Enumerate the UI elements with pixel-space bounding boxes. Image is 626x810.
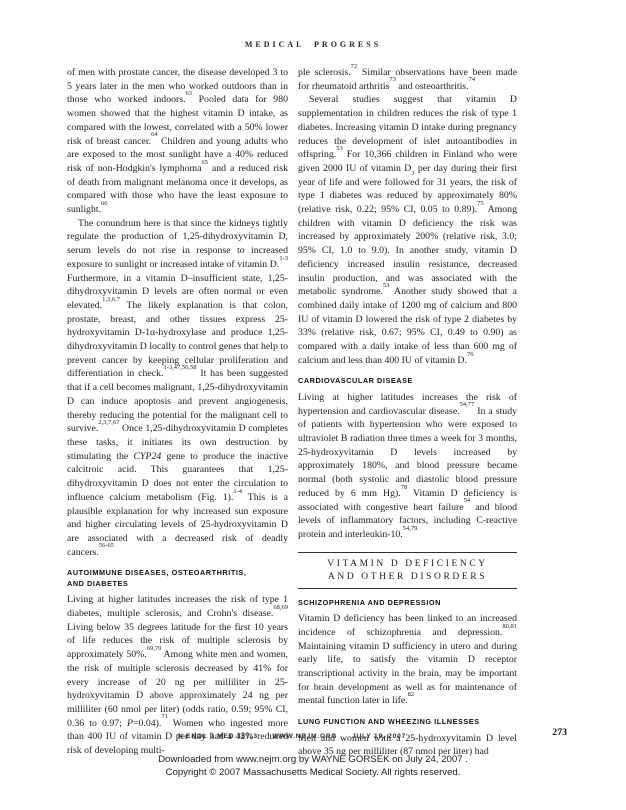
section-heading-line: AUTOIMMUNE DISEASES, OSTEOARTHRITIS, <box>67 568 288 579</box>
page-number: 273 <box>537 727 567 738</box>
reference-superscript: 78 <box>401 484 408 491</box>
body-paragraph: Vitamin D deficiency has been linked to … <box>298 612 517 708</box>
reference-superscript: 66 <box>101 200 108 207</box>
reference-superscript: 2,3,7,67 <box>98 419 119 426</box>
body-paragraph: The conundrum here is that since the kid… <box>67 217 288 560</box>
reference-superscript: 64 <box>151 131 158 138</box>
reference-superscript: 68,69 <box>273 604 288 611</box>
reference-superscript: 72 <box>351 63 358 70</box>
body-paragraph: Several studies suggest that vitamin D s… <box>298 93 517 367</box>
reference-superscript: 1-4 <box>233 488 242 495</box>
reference-superscript: 65 <box>201 159 208 166</box>
italic-term: CYP24 <box>134 451 162 462</box>
body-paragraph: ple sclerosis.72 Similar observations ha… <box>298 66 517 93</box>
reference-superscript: 53 <box>383 282 390 289</box>
reference-superscript: 54,79 <box>403 525 418 532</box>
section-heading-line: SCHIZOPHRENIA AND DEPRESSION <box>298 598 517 609</box>
footer-site: WWW.NEJM.ORG <box>272 733 337 740</box>
download-notice: Downloaded from www.nejm.org by WAYNE GO… <box>0 753 626 779</box>
reference-superscript: 76 <box>467 351 474 358</box>
reference-superscript: 56-65 <box>99 542 114 549</box>
section-heading: CARDIOVASCULAR DISEASE <box>298 376 517 387</box>
section-divider-banner: VITAMIN D DEFICIENCYAND OTHER DISORDERS <box>298 552 517 589</box>
reference-superscript: 54 <box>464 497 471 504</box>
reference-superscript: 80,81 <box>502 623 517 630</box>
section-heading-line: CARDIOVASCULAR DISEASE <box>298 376 517 387</box>
body-paragraph: of men with prostate cancer, the disease… <box>67 66 288 217</box>
footer-date: JULY 19, 2007 <box>352 733 406 740</box>
left-column: of men with prostate cancer, the disease… <box>67 66 288 758</box>
download-notice-line1: Downloaded from www.nejm.org by WAYNE GO… <box>0 753 626 766</box>
reference-superscript: 1-3 <box>279 255 288 262</box>
banner-line: VITAMIN D DEFICIENCY <box>298 558 517 571</box>
reference-superscript: 54,77 <box>460 401 475 408</box>
reference-superscript: 74 <box>469 76 476 83</box>
reference-superscript: 82 <box>408 691 415 698</box>
italic-term: P <box>127 718 133 729</box>
reference-superscript: 71 <box>161 713 168 720</box>
reference-superscript: 73 <box>389 76 396 83</box>
subscript: 3 <box>411 170 414 177</box>
section-heading-line: LUNG FUNCTION AND WHEEZING ILLNESSES <box>298 717 517 728</box>
download-notice-line2: Copyright © 2007 Massachusetts Medical S… <box>0 766 626 779</box>
reference-superscript: 1-3,47,56,58 <box>163 364 196 371</box>
footer-journal: N ENGL J MED 357;3 <box>178 733 258 740</box>
banner-line: AND OTHER DISORDERS <box>298 571 517 584</box>
reference-superscript: 75 <box>477 200 484 207</box>
section-heading-line: AND DIABETES <box>67 579 288 590</box>
journal-page: MEDICAL PROGRESS of men with prostate ca… <box>0 0 626 810</box>
footer-citation: N ENGL J MED 357;3 WWW.NEJM.ORG JULY 19,… <box>67 733 517 740</box>
running-head: MEDICAL PROGRESS <box>0 40 626 49</box>
section-heading: LUNG FUNCTION AND WHEEZING ILLNESSES <box>298 717 517 728</box>
reference-superscript: 1,3,6,7 <box>102 296 120 303</box>
body-paragraph: Living at higher latitudes increases the… <box>298 391 517 542</box>
reference-superscript: 53 <box>336 145 343 152</box>
reference-superscript: 63 <box>186 90 193 97</box>
right-column: ple sclerosis.72 Similar observations ha… <box>298 66 517 759</box>
section-heading: AUTOIMMUNE DISEASES, OSTEOARTHRITIS,AND … <box>67 568 288 589</box>
section-heading: SCHIZOPHRENIA AND DEPRESSION <box>298 598 517 609</box>
reference-superscript: 69,70 <box>147 645 162 652</box>
